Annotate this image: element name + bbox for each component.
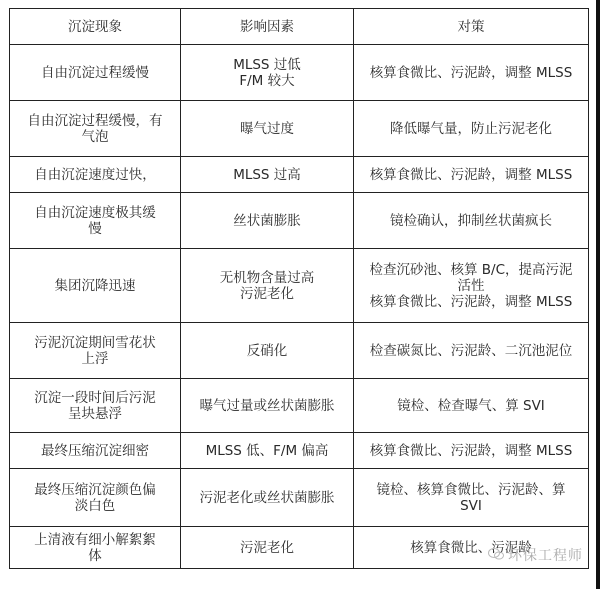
header-measure: 对策 (354, 9, 589, 45)
cell-measure: 核算食微比、污泥龄，调整 MLSS (354, 433, 589, 469)
cell-phenomenon: 最终压缩沉淀颜色偏 淡白色 (10, 469, 181, 527)
sedimentation-table: 沉淀现象 影响因素 对策 自由沉淀过程缓慢 MLSS 过低 F/M 较大 核算食… (9, 8, 589, 569)
cell-factor: 污泥老化 (181, 527, 354, 569)
cell-measure: 检查沉砂池、核算 B/C，提高污泥 活性 核算食微比、污泥龄，调整 MLSS (354, 249, 589, 323)
cell-factor: 反硝化 (181, 323, 354, 379)
cell-phenomenon: 自由沉淀过程缓慢 (10, 45, 181, 101)
cell-factor: 曝气过度 (181, 101, 354, 157)
cell-measure: 检查碳氮比、污泥龄、二沉池泥位 (354, 323, 589, 379)
cell-factor: 无机物含量过高 污泥老化 (181, 249, 354, 323)
table-row: 沉淀一段时间后污泥 呈块悬浮 曝气过量或丝状菌膨胀 镜检、检查曝气、算 SVI (10, 379, 589, 433)
cell-phenomenon: 最终压缩沉淀细密 (10, 433, 181, 469)
cell-phenomenon: 沉淀一段时间后污泥 呈块悬浮 (10, 379, 181, 433)
cell-phenomenon: 自由沉淀过程缓慢，有 气泡 (10, 101, 181, 157)
table-row: 自由沉淀过程缓慢，有 气泡 曝气过度 降低曝气量，防止污泥老化 (10, 101, 589, 157)
cell-factor: 曝气过量或丝状菌膨胀 (181, 379, 354, 433)
table-row: 最终压缩沉淀颜色偏 淡白色 污泥老化或丝状菌膨胀 镜检、核算食微比、污泥龄、算 … (10, 469, 589, 527)
right-edge-bar (596, 0, 600, 589)
cell-measure: 核算食微比、污泥龄，调整 MLSS (354, 45, 589, 101)
cell-factor: 污泥老化或丝状菌膨胀 (181, 469, 354, 527)
watermark: 环保工程师 (488, 545, 583, 565)
cell-phenomenon: 上清液有细小解絮絮 体 (10, 527, 181, 569)
cell-factor: MLSS 低、F/M 偏高 (181, 433, 354, 469)
cell-measure: 核算食微比、污泥龄，调整 MLSS (354, 157, 589, 193)
table-row: 集团沉降迅速 无机物含量过高 污泥老化 检查沉砂池、核算 B/C，提高污泥 活性… (10, 249, 589, 323)
cell-measure: 降低曝气量，防止污泥老化 (354, 101, 589, 157)
cell-factor: MLSS 过高 (181, 157, 354, 193)
header-phenomenon: 沉淀现象 (10, 9, 181, 45)
table-row: 自由沉淀速度过快， MLSS 过高 核算食微比、污泥龄，调整 MLSS (10, 157, 589, 193)
table-row: 自由沉淀速度极其缓 慢 丝状菌膨胀 镜检确认，抑制丝状菌疯长 (10, 193, 589, 249)
cell-phenomenon: 集团沉降迅速 (10, 249, 181, 323)
watermark-text: 环保工程师 (508, 548, 583, 564)
cell-factor: MLSS 过低 F/M 较大 (181, 45, 354, 101)
cell-phenomenon: 自由沉淀速度极其缓 慢 (10, 193, 181, 249)
cell-measure: 镜检、核算食微比、污泥龄、算 SVI (354, 469, 589, 527)
table-row: 最终压缩沉淀细密 MLSS 低、F/M 偏高 核算食微比、污泥龄，调整 MLSS (10, 433, 589, 469)
table-row: 污泥沉淀期间雪花状 上浮 反硝化 检查碳氮比、污泥龄、二沉池泥位 (10, 323, 589, 379)
header-factor: 影响因素 (181, 9, 354, 45)
cell-measure: 镜检、检查曝气、算 SVI (354, 379, 589, 433)
cell-measure: 镜检确认，抑制丝状菌疯长 (354, 193, 589, 249)
cell-phenomenon: 自由沉淀速度过快， (10, 157, 181, 193)
table-row: 自由沉淀过程缓慢 MLSS 过低 F/M 较大 核算食微比、污泥龄，调整 MLS… (10, 45, 589, 101)
header-row: 沉淀现象 影响因素 对策 (10, 9, 589, 45)
cell-phenomenon: 污泥沉淀期间雪花状 上浮 (10, 323, 181, 379)
cell-factor: 丝状菌膨胀 (181, 193, 354, 249)
wechat-icon (488, 548, 504, 558)
